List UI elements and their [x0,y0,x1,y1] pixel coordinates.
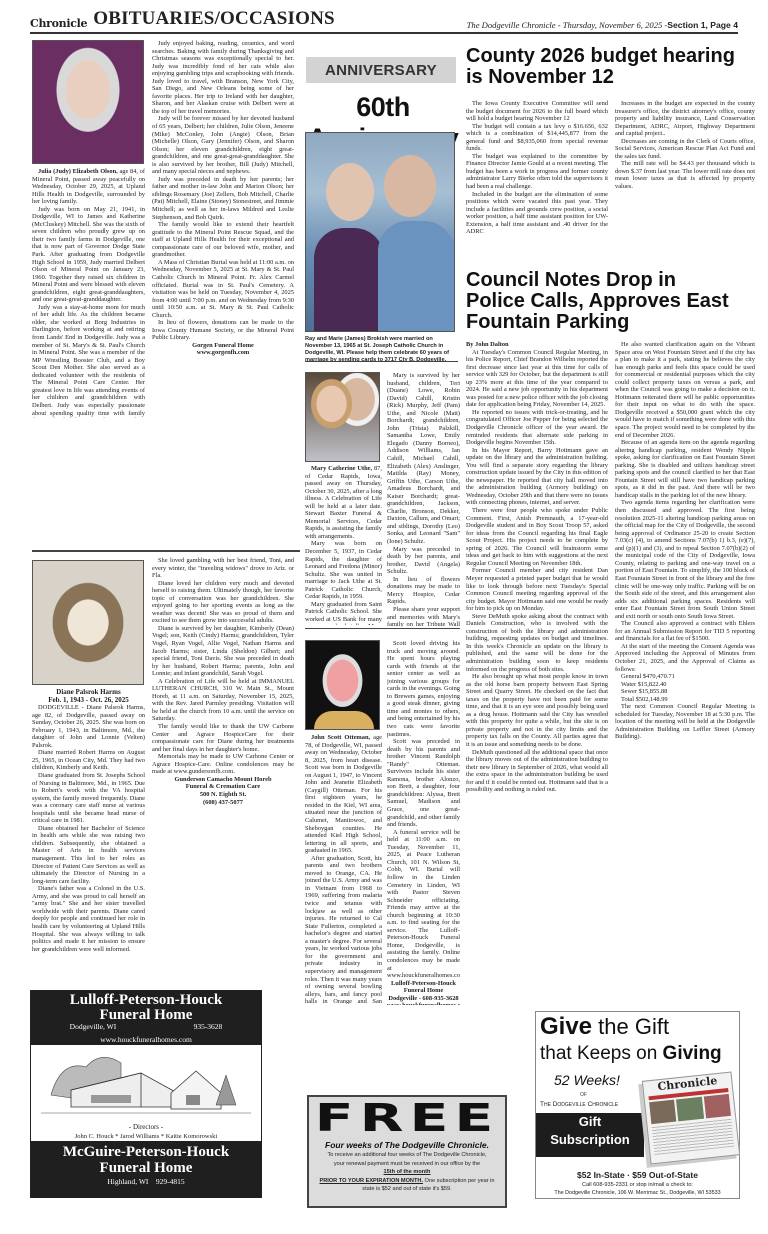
website-link[interactable]: www.houckfuneralhomes.com [31,1035,261,1045]
obituary-olson-col1: Julia (Judy) Elizabeth Olson, age 84, of… [32,168,145,418]
budget-article-col1: The Iowa County Executive Committee will… [466,100,608,262]
claim-row: Sewer $15,855.88 [615,688,755,696]
obituary-olson-col2: Judy enjoyed baking, reading, ceramics, … [152,40,294,438]
harms-portrait-photo [32,560,144,685]
claim-row: Total $502,148.99 [615,696,755,704]
funeral-home-illustration [31,1045,261,1123]
page-reference: Section 1, Page 4 [667,20,738,30]
claim-row: Water $15,822.40 [615,681,755,689]
newspaper-thumbnail: Chronicle [642,1072,740,1165]
obituary-uthe-col2: Mary is survived by her husband, childre… [387,372,460,627]
divider [305,628,460,629]
anniversary-couple-photo [305,132,455,332]
anniversary-caption: Ray and Marie (James) Brokish were marri… [305,336,458,364]
subscription-prices: $52 In-State · $59 Out-of-State [536,1170,739,1180]
free-weeks-ad: FREE Four weeks of The Dodgeville Chroni… [307,1095,507,1208]
obituary-uthe-col1: Mary Catherine Uthe, 87, of Cedar Rapids… [305,465,382,625]
budget-headline: County 2026 budget hearing is November 1… [466,46,746,88]
obituary-otteman-col2: Scott loved driving his truck and moving… [387,640,460,1005]
anniversary-banner: ANNIVERSARY [306,57,456,83]
obituary-dates: Feb. 1, 1943 - Oct. 26, 2025 [32,697,145,705]
page-header: Chronicle OBITUARIES/OCCASIONS The Dodge… [30,8,738,34]
divider [305,361,458,362]
section-title: OBITUARIES/OCCASIONS [93,8,335,30]
byline: By John Dalton [466,341,608,349]
budget-article-col2: Increases in the budget are expected in … [615,100,755,262]
gift-subscription-ad: Give the Gift that Keeps on Giving 52 We… [535,1011,740,1199]
council-article-col1: By John Dalton At Tuesday's Common Counc… [466,341,608,1001]
divider [32,550,300,552]
council-headline: Council Notes Drop in Police Calls, Appr… [466,270,736,333]
obituary-harms-col1: Diane Palsrok Harms Feb. 1, 1943 - Oct. … [32,689,145,989]
masthead-logo: Chronicle [30,17,87,30]
uthe-portrait-photo [305,372,380,462]
funeral-home-name: Gorgen Funeral Home [152,342,294,350]
council-article-col2: He also wanted clarification again on th… [615,341,755,1001]
olson-portrait-photo [32,40,144,164]
obituary-otteman-col1: John Scott Otteman, age 78, of Dodgevill… [305,734,382,1004]
dateline: The Dodgeville Chronicle - Thursday, Nov… [467,20,738,30]
funeral-home-website: www.gorgenfh.com [152,349,294,357]
free-title: FREE [260,1097,554,1139]
funeral-home-ad: Lulloff-Peterson-Houck Funeral Home Dodg… [30,990,262,1198]
otteman-portrait-photo [305,640,380,730]
obituary-harms-col2: She loved gambling with her best friend,… [152,557,294,987]
claim-row: General $470,470.71 [615,673,755,681]
gift-subscription-label: Gift Subscription [536,1113,644,1157]
